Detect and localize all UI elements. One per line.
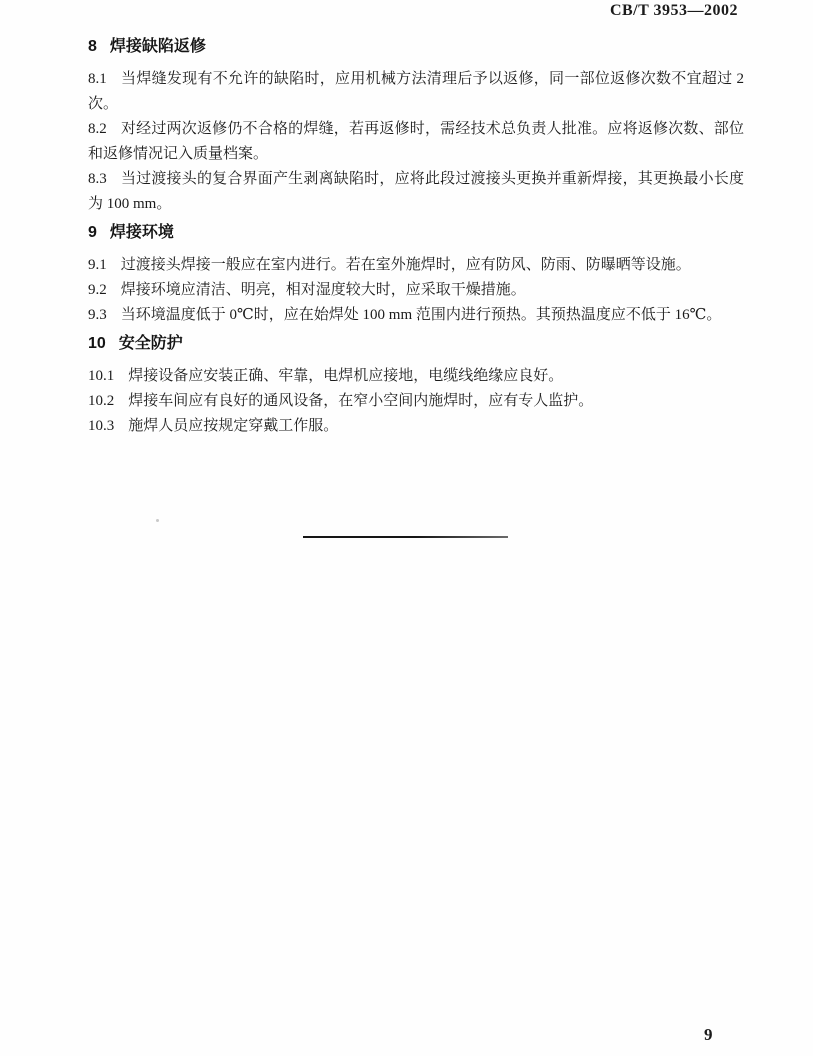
document-page: CB/T 3953—2002 8焊接缺陷返修 8.1当焊缝发现有不允许的缺陷时，… xyxy=(0,0,813,1056)
clause-number: 8.2 xyxy=(88,117,107,142)
clause-number: 8.3 xyxy=(88,167,107,192)
clause-text: 焊接设备应安装正确、牢靠，电焊机应接地，电缆线绝缘应良好。 xyxy=(128,368,563,384)
clause-10-3: 10.3施焊人员应按规定穿戴工作服。 xyxy=(88,414,744,439)
clause-number: 9.2 xyxy=(88,278,107,303)
clause-number: 9.3 xyxy=(88,303,107,328)
section-title: 焊接缺陷返修 xyxy=(110,38,206,55)
clause-number: 9.1 xyxy=(88,253,107,278)
clause-9-3: 9.3当环境温度低于 0℃时，应在始焊处 100 mm 范围内进行预热。其预热温… xyxy=(88,303,744,328)
clause-9-2: 9.2焊接环境应清洁、明亮，相对湿度较大时，应采取干燥措施。 xyxy=(88,278,744,303)
scan-speck xyxy=(156,519,159,522)
clause-number: 10.2 xyxy=(88,389,114,414)
clause-text: 对经过两次返修仍不合格的焊缝，若再返修时，需经技术总负责人批准。应将返修次数、部… xyxy=(88,121,744,162)
section-heading-8: 8焊接缺陷返修 xyxy=(88,34,744,59)
clause-text: 焊接车间应有良好的通风设备，在窄小空间内施焊时，应有专人监护。 xyxy=(128,393,593,409)
section-heading-10: 10安全防护 xyxy=(88,331,744,356)
clause-9-1: 9.1过渡接头焊接一般应在室内进行。若在室外施焊时，应有防风、防雨、防曝晒等设施… xyxy=(88,253,744,278)
clause-text: 当焊缝发现有不允许的缺陷时，应用机械方法清理后予以返修，同一部位返修次数不宜超过… xyxy=(88,71,744,112)
clause-text: 当过渡接头的复合界面产生剥离缺陷时，应将此段过渡接头更换并重新焊接，其更换最小长… xyxy=(88,171,744,212)
end-of-text-rule xyxy=(303,536,508,538)
clause-text: 过渡接头焊接一般应在室内进行。若在室外施焊时，应有防风、防雨、防曝晒等设施。 xyxy=(121,257,691,273)
section-heading-9: 9焊接环境 xyxy=(88,220,744,245)
clause-text: 当环境温度低于 0℃时，应在始焊处 100 mm 范围内进行预热。其预热温度应不… xyxy=(121,307,722,323)
section-title: 安全防护 xyxy=(119,335,183,352)
clause-8-3: 8.3当过渡接头的复合界面产生剥离缺陷时，应将此段过渡接头更换并重新焊接，其更换… xyxy=(88,167,744,217)
clause-text: 施焊人员应按规定穿戴工作服。 xyxy=(128,418,338,434)
document-body: 8焊接缺陷返修 8.1当焊缝发现有不允许的缺陷时，应用机械方法清理后予以返修，同… xyxy=(88,31,744,439)
clause-number: 8.1 xyxy=(88,67,107,92)
section-number: 8 xyxy=(88,34,97,59)
page-number: 9 xyxy=(704,1025,713,1045)
standard-code: CB/T 3953—2002 xyxy=(610,2,738,20)
clause-text: 焊接环境应清洁、明亮，相对湿度较大时，应采取干燥措施。 xyxy=(121,282,526,298)
clause-10-2: 10.2焊接车间应有良好的通风设备，在窄小空间内施焊时，应有专人监护。 xyxy=(88,389,744,414)
section-number: 10 xyxy=(88,331,106,356)
clause-number: 10.3 xyxy=(88,414,114,439)
clause-8-2: 8.2对经过两次返修仍不合格的焊缝，若再返修时，需经技术总负责人批准。应将返修次… xyxy=(88,117,744,167)
section-title: 焊接环境 xyxy=(110,224,174,241)
clause-10-1: 10.1焊接设备应安装正确、牢靠，电焊机应接地，电缆线绝缘应良好。 xyxy=(88,364,744,389)
section-number: 9 xyxy=(88,220,97,245)
clause-number: 10.1 xyxy=(88,364,114,389)
clause-8-1: 8.1当焊缝发现有不允许的缺陷时，应用机械方法清理后予以返修，同一部位返修次数不… xyxy=(88,67,744,117)
